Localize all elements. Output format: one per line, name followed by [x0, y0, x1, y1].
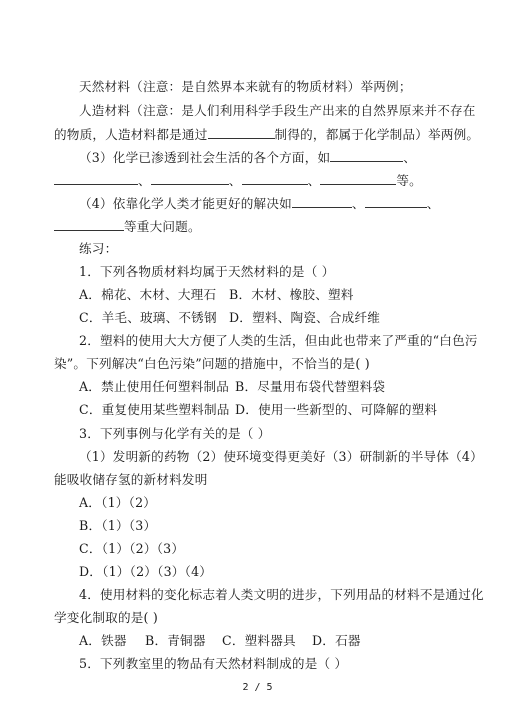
question-3-option-d: D．（1）（2）（3）（4） — [79, 564, 212, 580]
question-3-items-2: 能吸收储存氢的新材料发明 — [54, 472, 208, 488]
item3-line-1: （3）化学已渗透到社会生活的各个方面，如、 — [79, 149, 416, 166]
question-3-stem: 3．下列事例与化学有关的是（ ） — [79, 426, 271, 442]
question-2-stem-1: 2．塑料的使用大大方便了人类的生活，但由此也带来了严重的“白色污 — [79, 333, 478, 349]
text: （4）依靠化学人类才能更好的解决如 — [79, 196, 292, 211]
item3-line-2: 、、、等。 — [54, 172, 422, 189]
question-4-options: A．铁器B．青铜器C．塑料器具D．石器 — [79, 633, 361, 649]
page-number: 2 / 5 — [0, 682, 515, 693]
item4-line-1: （4）依靠化学人类才能更好的解决如、、 — [79, 195, 440, 212]
separator: 、 — [229, 173, 242, 188]
separator: 、 — [138, 173, 151, 188]
option-d: D．使用一些新型的、可降解的塑料 — [235, 402, 437, 418]
option-c: C．塑料器具 — [222, 633, 312, 649]
text: （3）化学已渗透到社会生活的各个方面，如 — [79, 150, 330, 165]
option-a: A．铁器 — [79, 633, 145, 649]
separator: 、 — [352, 196, 365, 211]
fill-blank — [292, 195, 352, 208]
option-b: B．尽量用布袋代替塑料袋 — [235, 379, 385, 395]
natural-material-line: 天然材料（注意：是自然界本来就有的物质材料）举两例； — [79, 79, 412, 95]
separator: 、 — [308, 173, 321, 188]
question-2-options-row-1: A．禁止使用任何塑料制品B．尽量用布袋代替塑料袋 — [79, 379, 385, 395]
text: 等。 — [396, 173, 422, 188]
option-d: D．石器 — [312, 633, 361, 649]
fill-blank — [242, 172, 308, 185]
artificial-material-line-2: 的物质，人造材料都是通过制得的，都属于化学制品）举两例。 — [54, 126, 479, 143]
document-page: 天然材料（注意：是自然界本来就有的物质材料）举两例； 人造材料（注意：是人们利用… — [0, 0, 515, 728]
fill-blank — [54, 172, 138, 185]
question-3-option-a: A．（1）（2） — [79, 495, 156, 511]
question-1-options-row-1: A．棉花、木材、大理石B．木材、橡胶、塑料 — [79, 287, 354, 303]
fill-blank — [330, 149, 403, 162]
separator: 、 — [403, 150, 416, 165]
option-b: B．青铜器 — [145, 633, 222, 649]
question-1-stem: 1．下列各物质材料均属于天然材料的是（ ） — [79, 264, 335, 280]
question-5-stem: 5．下列教室里的物品有天然材料制成的是（ ） — [79, 656, 347, 672]
option-b: B．木材、橡胶、塑料 — [229, 287, 354, 303]
text: 的物质，人造材料都是通过 — [54, 127, 208, 142]
artificial-material-line-1: 人造材料（注意：是人们利用科学手段生产出来的自然界原来并不存在 — [79, 103, 476, 119]
text: 制得的，都属于化学制品）举两例。 — [275, 127, 480, 142]
option-c: C．重复使用某些塑料制品 — [79, 402, 235, 418]
fill-blank — [54, 218, 124, 231]
option-c: C．羊毛、玻璃、不锈钢 — [79, 310, 229, 326]
practice-heading: 练习： — [79, 241, 117, 257]
fill-blank — [208, 126, 275, 139]
question-3-option-c: C．（1）（2）（3） — [79, 541, 184, 557]
question-4-stem-1: 4．使用材料的变化标志着人类文明的进步，下列用品的材料不是通过化 — [79, 587, 484, 603]
question-4-stem-2: 学变化制取的是( ) — [54, 610, 158, 626]
question-3-items-1: （1）发明新的药物（2）使环境变得更美好（3）研制新的半导体（4） — [79, 449, 483, 465]
separator: 、 — [427, 196, 440, 211]
fill-blank — [320, 172, 396, 185]
fill-blank — [365, 195, 427, 208]
fill-blank — [151, 172, 229, 185]
option-d: D．塑料、陶瓷、合成纤维 — [229, 310, 380, 326]
question-1-options-row-2: C．羊毛、玻璃、不锈钢D．塑料、陶瓷、合成纤维 — [79, 310, 380, 326]
item4-line-2: 等重大问题。 — [54, 218, 201, 235]
question-2-stem-2: 染”。下列解决“白色污染”问题的措施中，不恰当的是( ) — [54, 356, 370, 372]
option-a: A．禁止使用任何塑料制品 — [79, 379, 235, 395]
option-a: A．棉花、木材、大理石 — [79, 287, 229, 303]
question-3-option-b: B．（1）（3） — [79, 518, 156, 534]
question-2-options-row-2: C．重复使用某些塑料制品D．使用一些新型的、可降解的塑料 — [79, 402, 437, 418]
text: 等重大问题。 — [124, 219, 201, 234]
